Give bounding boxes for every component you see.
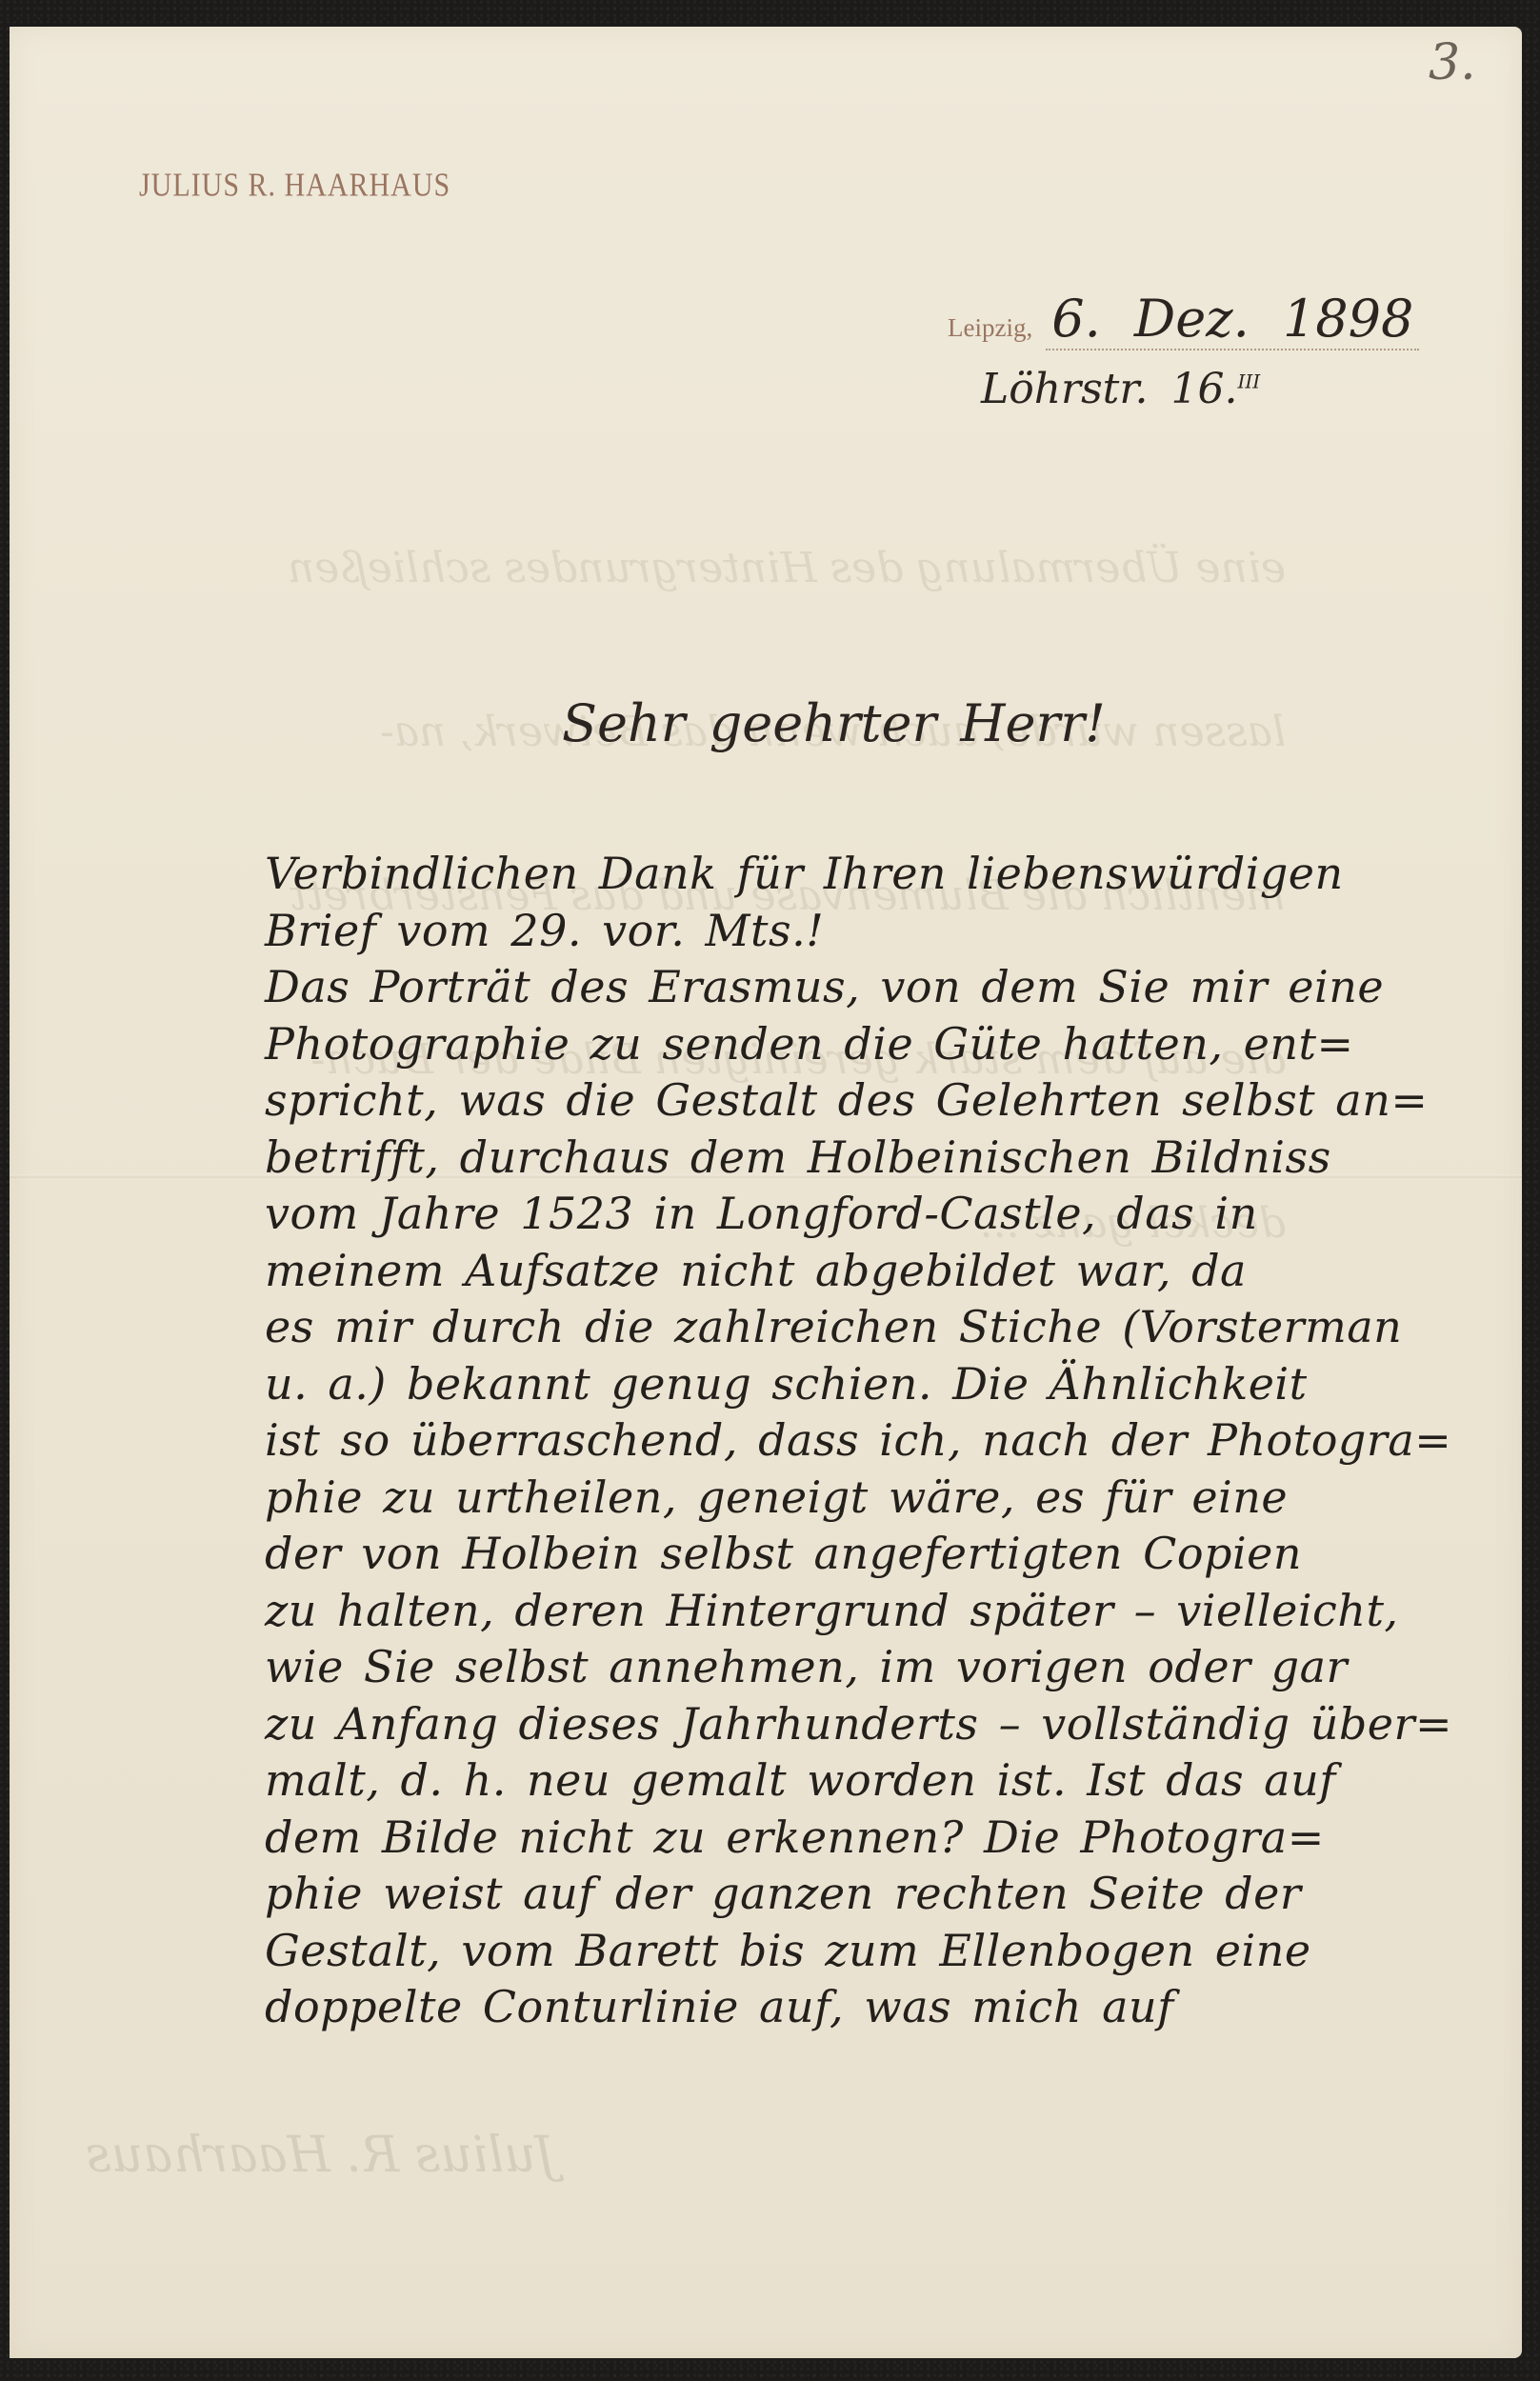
page-number: 3.: [1429, 34, 1476, 91]
body-line: der von Holbein selbst angefertigten Cop…: [265, 1526, 1522, 1583]
body-line: ist so überraschend, dass ich, nach der …: [265, 1412, 1522, 1470]
body-line: doppelte Conturlinie auf, was mich auf: [265, 1979, 1522, 2036]
body-line: spricht, was die Gestalt des Gelehrten s…: [265, 1072, 1522, 1130]
body-line: Gestalt, vom Barett bis zum Ellenbogen e…: [265, 1923, 1522, 1980]
body-line: meinem Aufsatze nicht abgebildet war, da: [265, 1243, 1522, 1300]
body-line: dem Bilde nicht zu erkennen? Die Photogr…: [265, 1810, 1522, 1867]
body-line: zu halten, deren Hintergrund später – vi…: [265, 1583, 1522, 1640]
body-line: wie Sie selbst annehmen, im vorigen oder…: [265, 1639, 1522, 1696]
printed-place: Leipzig,: [948, 313, 1032, 343]
letterhead: JULIUS R. HAARHAUS: [139, 167, 450, 204]
place-date-line: Leipzig, 6. Dez. 1898: [948, 289, 1419, 350]
sender-address: Löhrstr. 16.III: [981, 365, 1260, 413]
floor-number: III: [1238, 370, 1261, 392]
body-line: Photographie zu senden die Güte hatten, …: [265, 1016, 1522, 1073]
body-line: Das Porträt des Erasmus, von dem Sie mir…: [265, 959, 1522, 1016]
body-line: es mir durch die zahlreichen Stiche (Vor…: [265, 1299, 1522, 1356]
letter-body: Verbindlichen Dank für Ihren liebenswürd…: [265, 846, 1522, 2036]
handwritten-date: 6. Dez. 1898: [1046, 289, 1419, 350]
bleed-through-signature: Julius R. Haarhaus: [86, 2127, 555, 2184]
body-line: phie zu urtheilen, geneigt wäre, es für …: [265, 1470, 1522, 1527]
street-address: Löhrstr. 16.: [981, 365, 1238, 413]
bleed-through-line: eine Übermalung des Hintergrundes schlie…: [48, 528, 1286, 610]
body-line: phie weist auf der ganzen rechten Seite …: [265, 1866, 1522, 1923]
salutation: Sehr geehrter Herr!: [562, 693, 1106, 753]
body-line: Brief vom 29. vor. Mts.!: [265, 903, 1522, 960]
body-line: Verbindlichen Dank für Ihren liebenswürd…: [265, 846, 1522, 903]
body-line: zu Anfang dieses Jahrhunderts – vollstän…: [265, 1696, 1522, 1753]
body-line: vom Jahre 1523 in Longford-Castle, das i…: [265, 1186, 1522, 1243]
body-line: betrifft, durchaus dem Holbeinischen Bil…: [265, 1130, 1522, 1187]
body-line: malt, d. h. neu gemalt worden ist. Ist d…: [265, 1752, 1522, 1810]
body-line: u. a.) bekannt genug schien. Die Ähnlich…: [265, 1356, 1522, 1413]
letter-sheet: eine Übermalung des Hintergrundes schlie…: [10, 27, 1522, 2358]
